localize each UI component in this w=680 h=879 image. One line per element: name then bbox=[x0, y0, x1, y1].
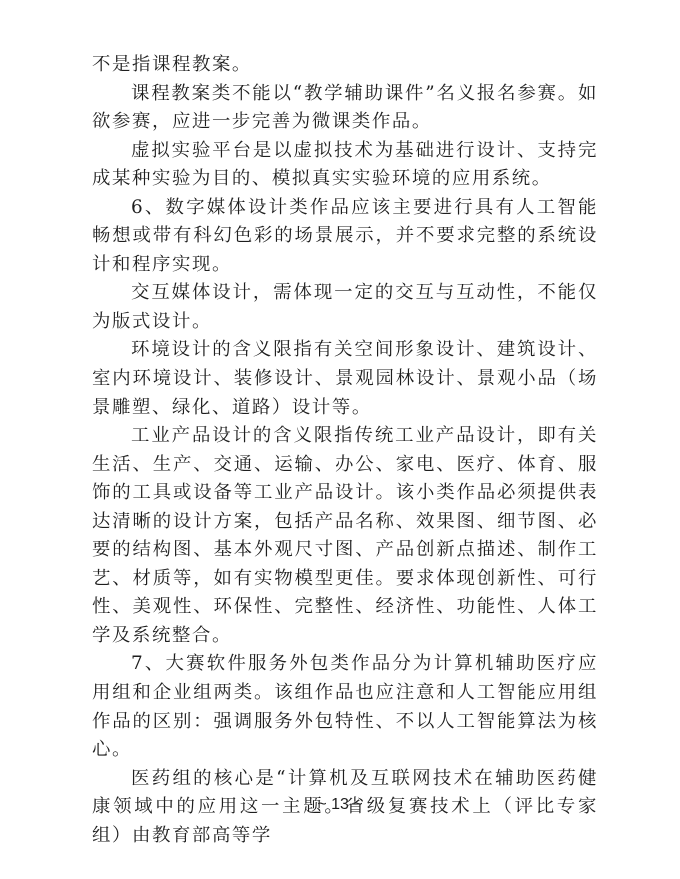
body-text: 不是指课程教案。 课程教案类不能以“教学辅助课件”名义报名参赛。如欲参赛，应进一… bbox=[92, 51, 598, 850]
paragraph: 工业产品设计的含义限指传统工业产品设计，即有关生活、生产、交通、运输、办公、家电… bbox=[92, 422, 598, 650]
document-page: 不是指课程教案。 课程教案类不能以“教学辅助课件”名义报名参赛。如欲参赛，应进一… bbox=[0, 0, 680, 879]
page-number: ~ 13 ~ bbox=[0, 796, 680, 814]
paragraph: 课程教案类不能以“教学辅助课件”名义报名参赛。如欲参赛，应进一步完善为微课类作品… bbox=[92, 80, 598, 137]
paragraph: 6、数字媒体设计类作品应该主要进行具有人工智能畅想或带有科幻色彩的场景展示，并不… bbox=[92, 194, 598, 280]
paragraph: 不是指课程教案。 bbox=[92, 51, 598, 80]
paragraph: 虚拟实验平台是以虚拟技术为基础进行设计、支持完成某种实验为目的、模拟真实实验环境… bbox=[92, 137, 598, 194]
paragraph: 环境设计的含义限指有关空间形象设计、建筑设计、室内环境设计、装修设计、景观园林设… bbox=[92, 336, 598, 422]
paragraph: 交互媒体设计，需体现一定的交互与互动性，不能仅为版式设计。 bbox=[92, 279, 598, 336]
paragraph: 7、大赛软件服务外包类作品分为计算机辅助医疗应用组和企业组两类。该组作品也应注意… bbox=[92, 650, 598, 764]
